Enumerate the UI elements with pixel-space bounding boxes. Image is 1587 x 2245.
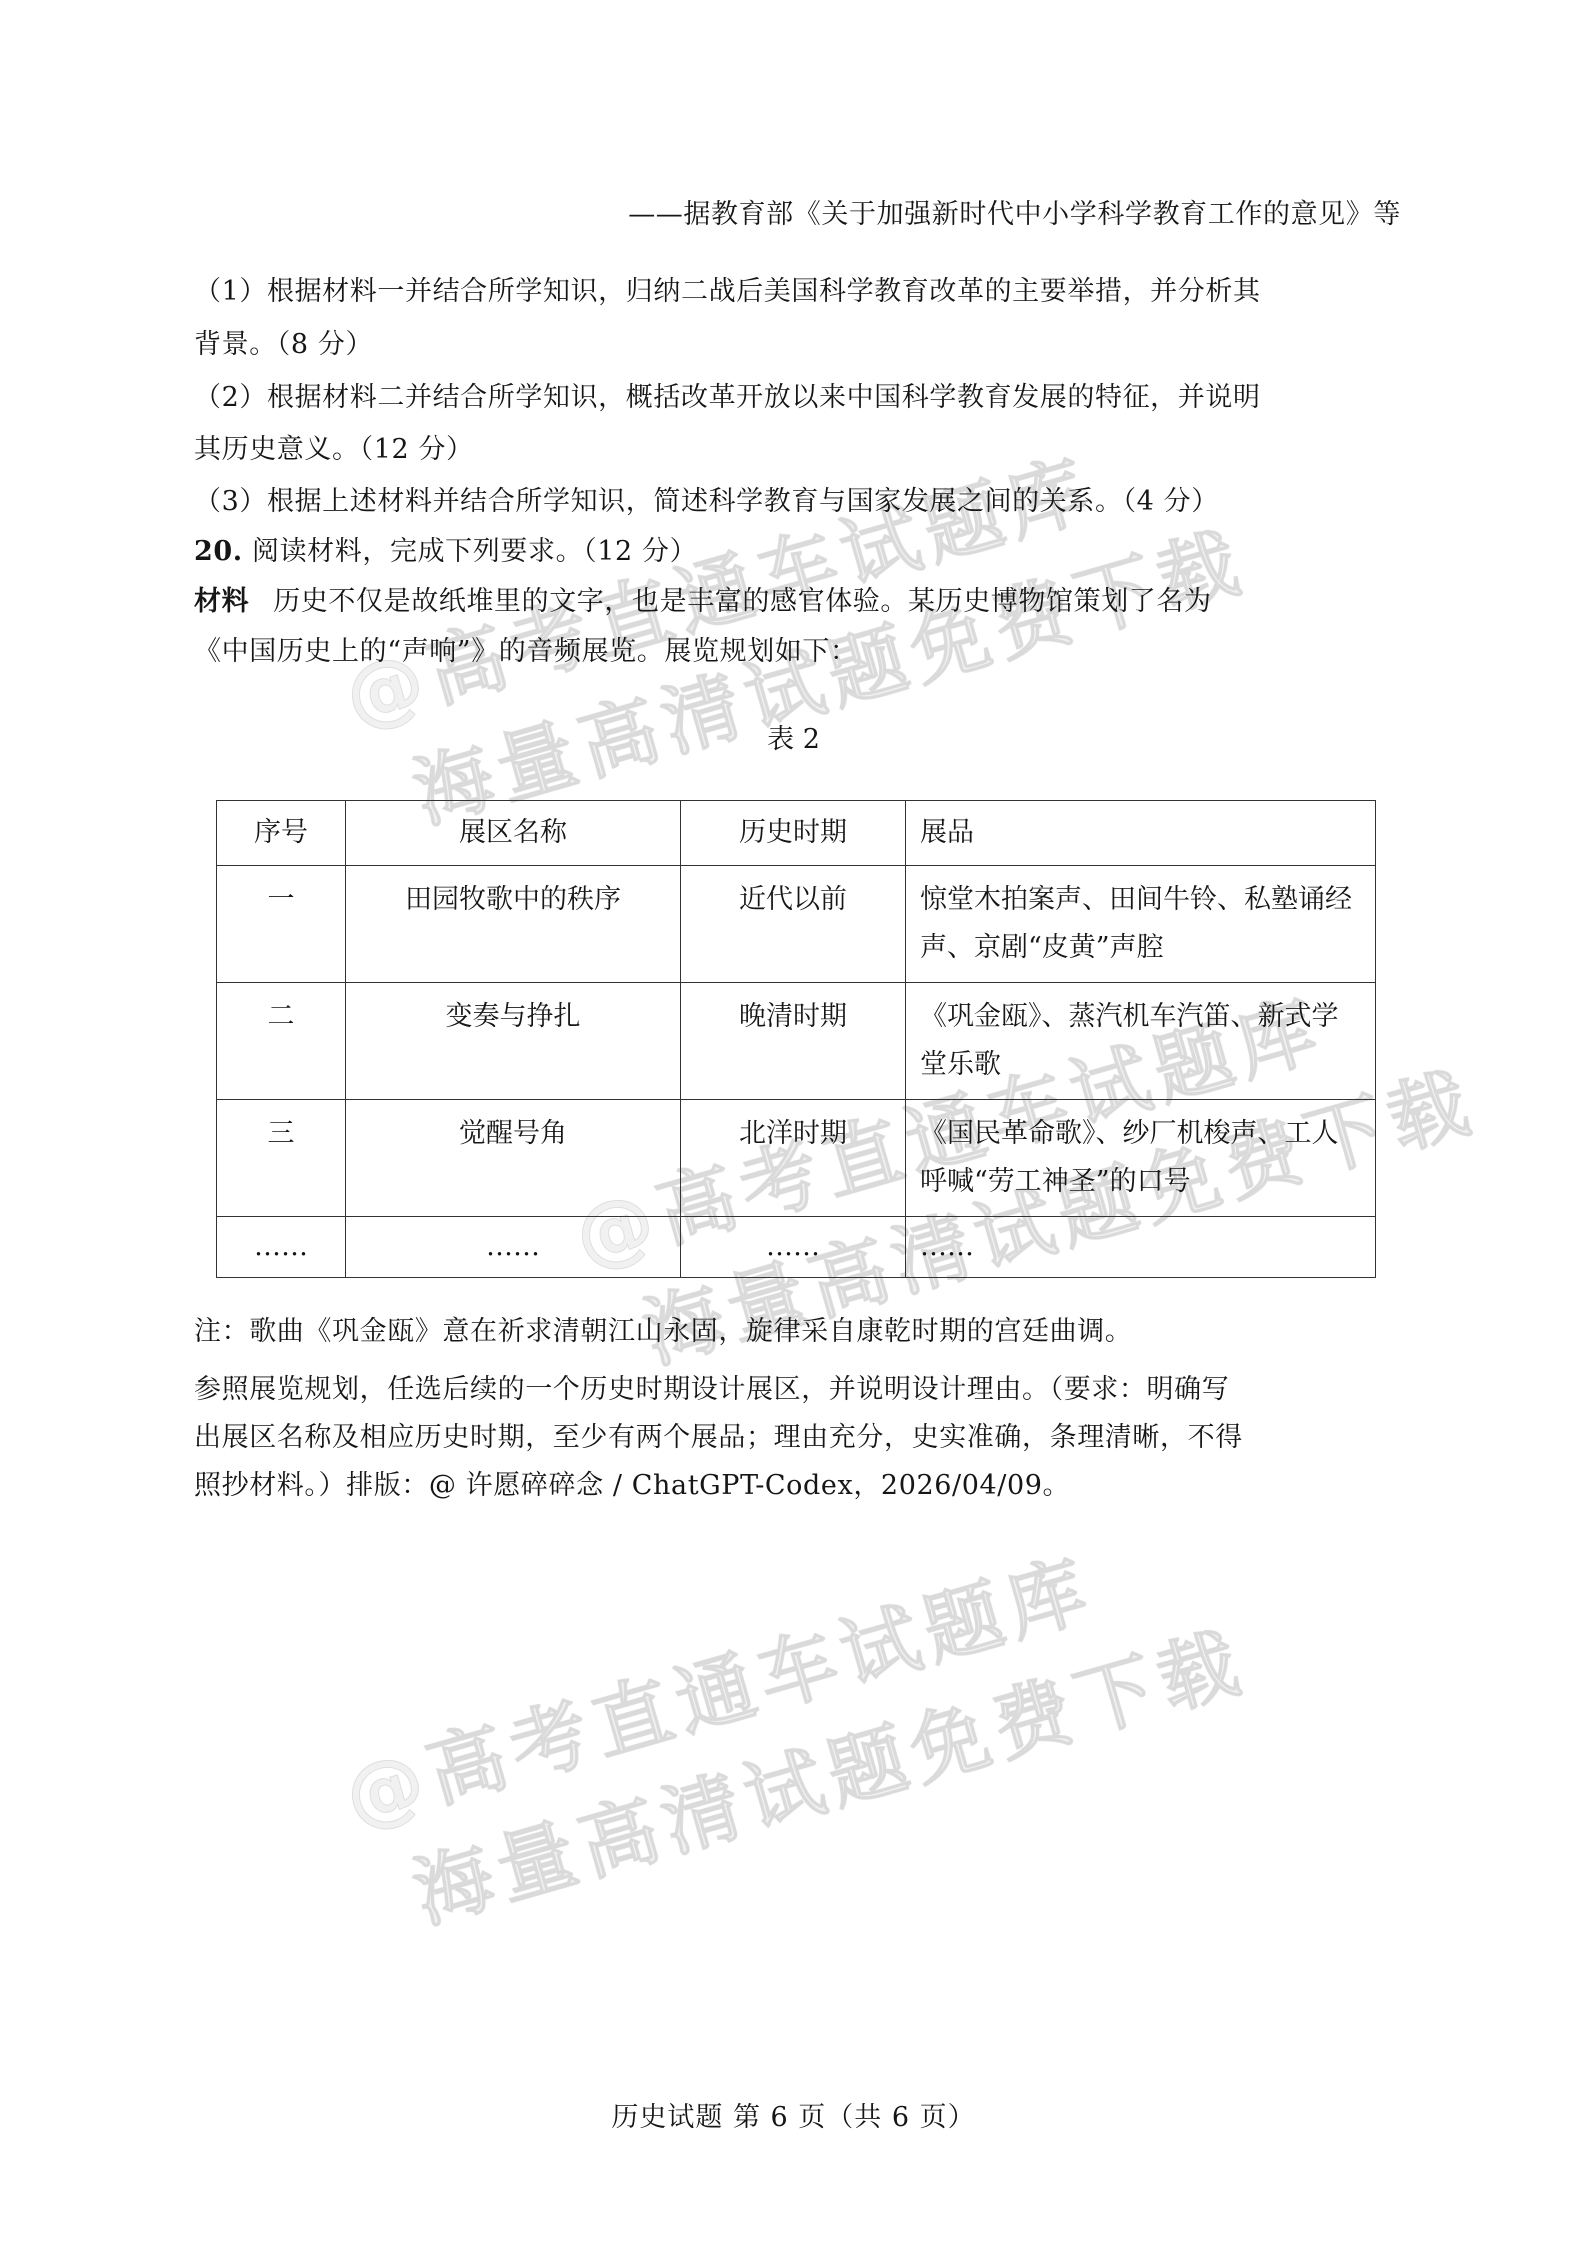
cell-period: 晚清时期 (681, 983, 906, 1100)
table-note: 注：歌曲《巩金瓯》意在祈求清朝江山永固，旋律采自康乾时期的宫廷曲调。 (194, 1312, 1404, 1352)
task-line3: 照抄材料。）排版：@ 许愿碎碎念 / ChatGPT-Codex，2026/04… (194, 1466, 1404, 1506)
question-2-line2: 其历史意义。（12 分） (194, 430, 1404, 470)
header-exhibits: 展品 (906, 801, 1376, 866)
watermark-line: 海量高清试题免费下载 (399, 1600, 1257, 1945)
material-text: 历史不仅是故纸堆里的文字，也是丰富的感官体验。某历史博物馆策划了名为 (273, 586, 1211, 617)
task-line2: 出展区名称及相应历史时期，至少有两个展品；理由充分，史实准确，条理清晰，不得 (194, 1418, 1404, 1458)
table-row: 三 觉醒号角 北洋时期 《国民革命歌》、纱厂机梭声、工人呼喊“劳工神圣”的口号 (217, 1100, 1376, 1217)
cell-period: 近代以前 (681, 866, 906, 983)
cell-index: 一 (217, 866, 346, 983)
cell-exhibits: 《巩金瓯》、蒸汽机车汽笛、新式学堂乐歌 (906, 983, 1376, 1100)
cell-period: 北洋时期 (681, 1100, 906, 1217)
cell-period: …… (681, 1217, 906, 1278)
cell-index: …… (217, 1217, 346, 1278)
cell-index: 二 (217, 983, 346, 1100)
watermark-line: @高考直通车试题库 (330, 1492, 1226, 1848)
cell-exhibits: 惊堂木拍案声、田间牛铃、私塾诵经声、京剧“皮黄”声腔 (906, 866, 1376, 983)
header-index: 序号 (217, 801, 346, 866)
question-3: （3）根据上述材料并结合所学知识，简述科学教育与国家发展之间的关系。（4 分） (194, 482, 1404, 522)
question-20-heading: 20. 阅读材料，完成下列要求。（12 分） (194, 532, 1404, 572)
header-zone-name: 展区名称 (346, 801, 681, 866)
header-period: 历史时期 (681, 801, 906, 866)
cell-index: 三 (217, 1100, 346, 1217)
question-prompt: 阅读材料，完成下列要求。（12 分） (252, 536, 697, 567)
material-label: 材料 (194, 586, 249, 617)
material-line2: 《中国历史上的“声响”》的音频展览。展览规划如下： (194, 632, 1404, 672)
cell-exhibits: …… (906, 1217, 1376, 1278)
table-caption: 表 2 (0, 720, 1587, 760)
table-row-ellipsis: …… …… …… …… (217, 1217, 1376, 1278)
question-1-line2: 背景。（8 分） (194, 325, 1404, 365)
table-header-row: 序号 展区名称 历史时期 展品 (217, 801, 1376, 866)
exam-page: @高考直通车试题库 海量高清试题免费下载 @高考直通车试题库 海量高清试题免费下… (0, 0, 1587, 2245)
cell-zone-name: 觉醒号角 (346, 1100, 681, 1217)
question-2-line1: （2）根据材料二并结合所学知识，概括改革开放以来中国科学教育发展的特征，并说明 (194, 378, 1404, 418)
cell-zone-name: 田园牧歌中的秩序 (346, 866, 681, 983)
task-line1: 参照展览规划，任选后续的一个历史时期设计展区，并说明设计理由。（要求：明确写 (194, 1370, 1404, 1410)
watermark: @高考直通车试题库 海量高清试题免费下载 (330, 1492, 1257, 1955)
table-row: 二 变奏与挣扎 晚清时期 《巩金瓯》、蒸汽机车汽笛、新式学堂乐歌 (217, 983, 1376, 1100)
page-footer: 历史试题 第 6 页（共 6 页） (0, 2098, 1587, 2138)
cell-zone-name: 变奏与挣扎 (346, 983, 681, 1100)
cell-exhibits: 《国民革命歌》、纱厂机梭声、工人呼喊“劳工神圣”的口号 (906, 1100, 1376, 1217)
exhibition-plan-table: 序号 展区名称 历史时期 展品 一 田园牧歌中的秩序 近代以前 惊堂木拍案声、田… (216, 800, 1376, 1278)
question-1-line1: （1）根据材料一并结合所学知识，归纳二战后美国科学教育改革的主要举措，并分析其 (194, 272, 1404, 312)
material-line1: 材料历史不仅是故纸堆里的文字，也是丰富的感官体验。某历史博物馆策划了名为 (194, 582, 1404, 622)
cell-zone-name: …… (346, 1217, 681, 1278)
source-citation: ——据教育部《关于加强新时代中小学科学教育工作的意见》等 (628, 195, 1401, 235)
question-number: 20. (194, 536, 243, 567)
table-row: 一 田园牧歌中的秩序 近代以前 惊堂木拍案声、田间牛铃、私塾诵经声、京剧“皮黄”… (217, 866, 1376, 983)
